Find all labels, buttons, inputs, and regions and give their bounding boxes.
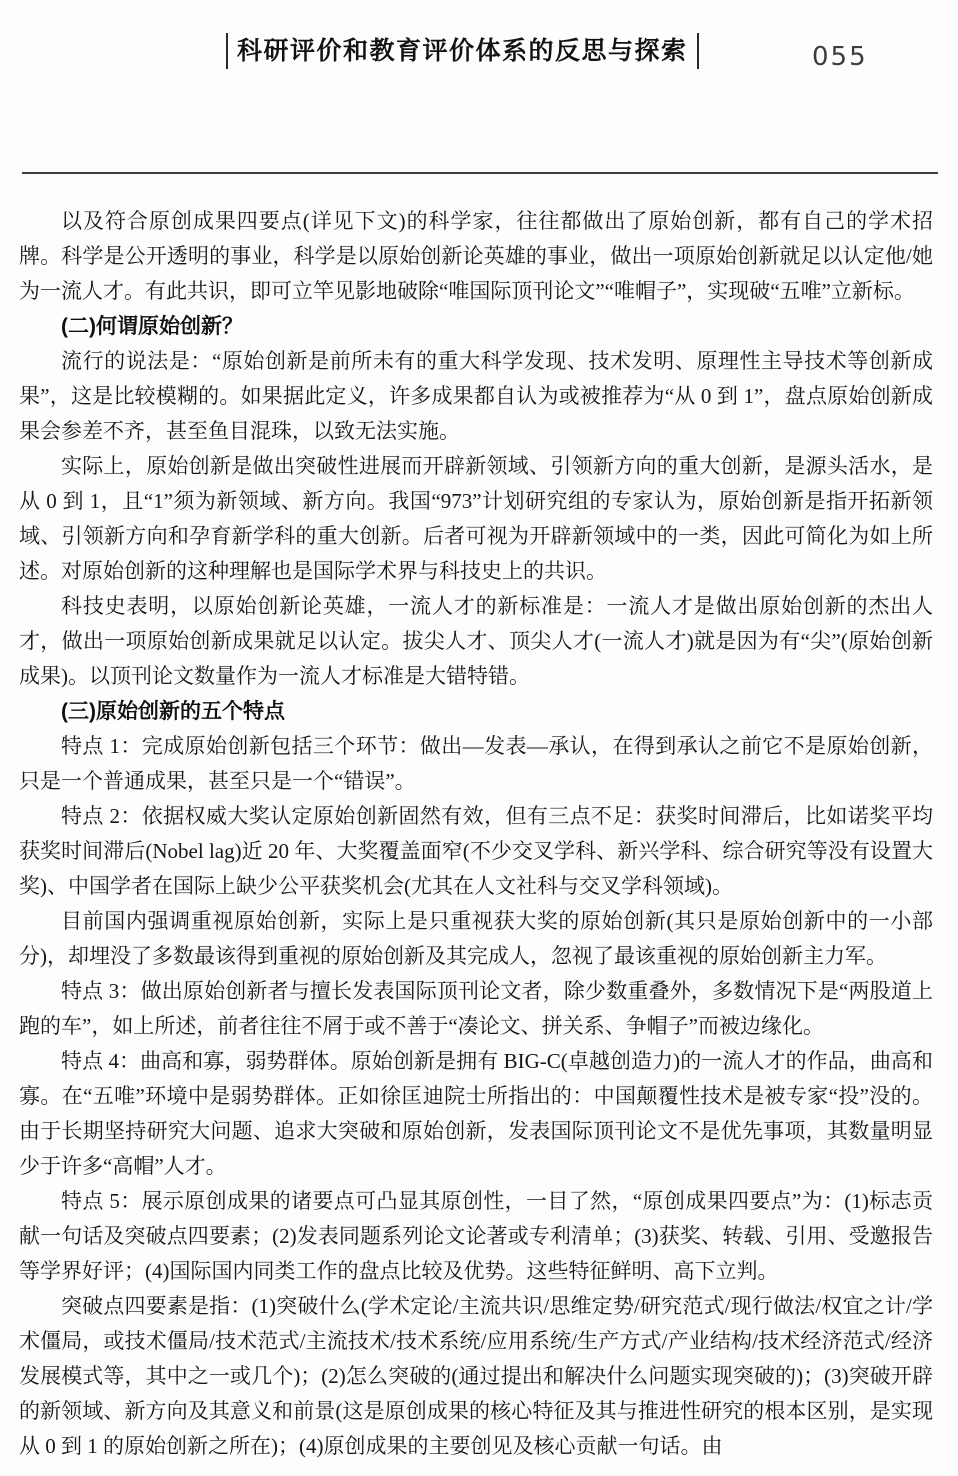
page-number: 055 [812,42,868,72]
paragraph: 实际上，原始创新是做出突破性进展而开辟新领域、引领新方向的重大创新，是源头活水，… [19,449,933,589]
header-rule [22,172,938,174]
title-right-bar [697,33,699,69]
paragraph-feature-3: 特点 3：做出原始创新者与擅长发表国际顶刊论文者，除少数重叠外，多数情况下是“两… [19,974,933,1044]
title-left-bar [226,33,228,69]
running-title: 科研评价和教育评价体系的反思与探索 [226,33,699,69]
paragraph-continued: 以及符合原创成果四要点(详见下文)的科学家，往往都做出了原始创新，都有自己的学术… [19,204,933,309]
book-page: 科研评价和教育评价体系的反思与探索 055 以及符合原创成果四要点(详见下文)的… [0,0,958,1476]
paragraph-feature-5: 特点 5：展示原创成果的诸要点可凸显其原创性，一目了然，“原创成果四要点”为：(… [19,1184,933,1289]
running-title-text: 科研评价和教育评价体系的反思与探索 [237,33,688,69]
paragraph: 流行的说法是：“原始创新是前所未有的重大科学发现、技术发明、原理性主导技术等创新… [19,344,933,449]
paragraph: 科技史表明，以原始创新论英雄，一流人才的新标准是：一流人才是做出原始创新的杰出人… [19,589,933,694]
paragraph-feature-2: 特点 2：依据权威大奖认定原始创新固然有效，但有三点不足：获奖时间滞后，比如诺奖… [19,799,933,904]
paragraph-feature-1: 特点 1：完成原始创新包括三个环节：做出—发表—承认，在得到承认之前它不是原始创… [19,729,933,799]
paragraph: 目前国内强调重视原始创新，实际上是只重视获大奖的原始创新(其只是原始创新中的一小… [19,904,933,974]
page-content: 以及符合原创成果四要点(详见下文)的科学家，往往都做出了原始创新，都有自己的学术… [19,204,933,1464]
paragraph-feature-4: 特点 4：曲高和寡，弱势群体。原始创新是拥有 BIG-C(卓越创造力)的一流人才… [19,1044,933,1184]
section-heading-3: (三)原始创新的五个特点 [19,694,933,729]
paragraph: 突破点四要素是指：(1)突破什么(学术定论/主流共识/思维定势/研究范式/现行做… [19,1289,933,1464]
section-heading-2: (二)何谓原始创新？ [19,309,933,344]
